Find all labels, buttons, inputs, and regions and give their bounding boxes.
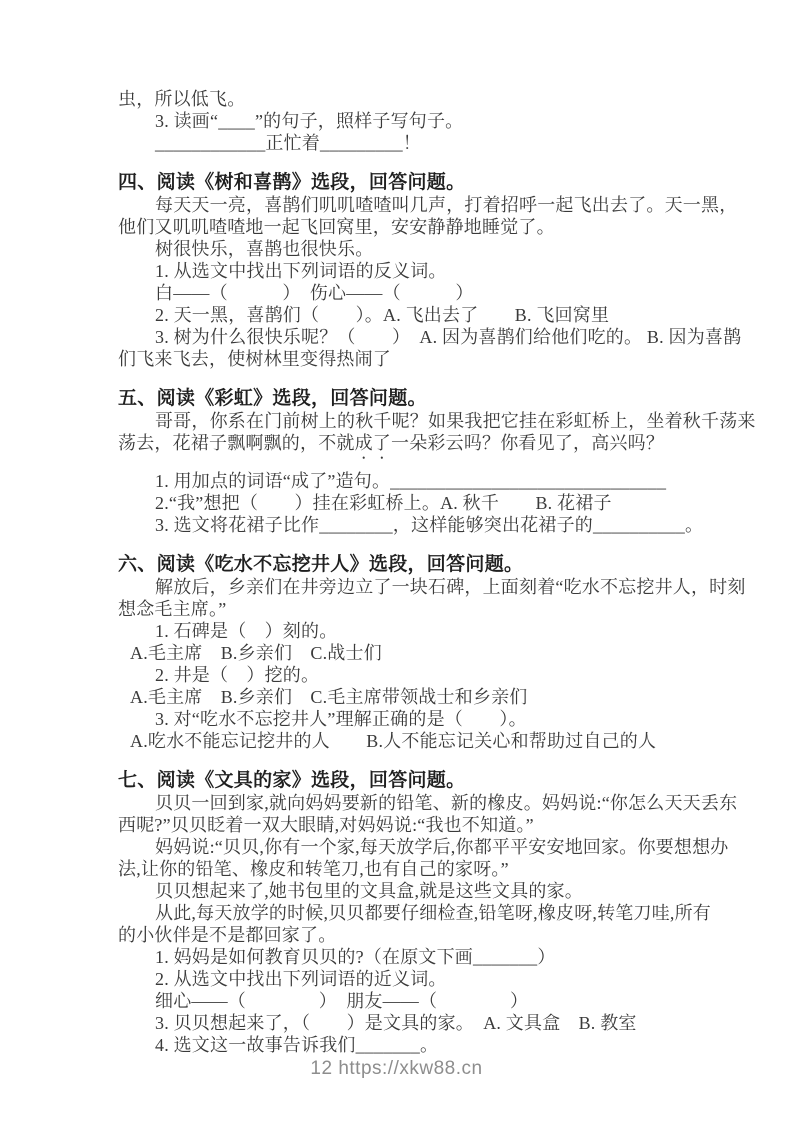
text-line: 们飞来飞去，使树林里变得热闹了 (118, 348, 758, 370)
text-line: 细心——（ ） 朋友——（ ） (118, 990, 758, 1012)
text-line: 3. 对“吃水不忘挖井人”理解正确的是（ ）。 (118, 708, 758, 730)
text-line: 树很快乐，喜鹊也很快乐。 (118, 238, 758, 260)
text-line: 每天天一亮，喜鹊们叽叽喳喳叫几声，打着招呼一起飞出去了。天一黑， (118, 194, 758, 216)
intro-lines: 虫，所以低飞。3. 读画“____”的句子，照样子写句子。___________… (118, 88, 758, 154)
text-line: 4. 选文这一故事告诉我们_______。 (118, 1034, 758, 1056)
worksheet-section: 五、阅读《彩虹》选段，回答问题。哥哥，你系在门前树上的秋千呢？如果我把它挂在彩虹… (118, 388, 758, 536)
text-line: 2. 井是（ ）挖的。 (118, 664, 758, 686)
section-title: 六、阅读《吃水不忘挖井人》选段，回答问题。 (118, 554, 758, 576)
text-line: A.毛主席 B.乡亲们 C.毛主席带领战士和乡亲们 (118, 686, 758, 708)
text-line: 从此,每天放学的时候,贝贝都要仔细检查,铅笔呀,橡皮呀,转笔刀哇,所有 (118, 902, 758, 924)
section-title: 四、阅读《树和喜鹊》选段，回答问题。 (118, 172, 758, 194)
text-line: 想念毛主席。” (118, 598, 758, 620)
worksheet-section: 四、阅读《树和喜鹊》选段，回答问题。每天天一亮，喜鹊们叽叽喳喳叫几声，打着招呼一… (118, 172, 758, 370)
worksheet-page: 虫，所以低飞。3. 读画“____”的句子，照样子写句子。___________… (0, 0, 793, 1122)
text-line: A.吃水不能忘记挖井的人 B.人不能忘记关心和帮助过自己的人 (118, 730, 758, 752)
text-line: 1. 妈妈是如何教育贝贝的?（在原文下画_______） (118, 946, 758, 968)
sections: 四、阅读《树和喜鹊》选段，回答问题。每天天一亮，喜鹊们叽叽喳喳叫几声，打着招呼一… (118, 172, 758, 1056)
text-line: 西呢?”贝贝眨着一双大眼睛,对妈妈说:“我也不知道。” (118, 814, 758, 836)
text-line: 2.“我”想把（ ）挂在彩虹桥上。A. 秋千 B. 花裙子 (118, 492, 758, 514)
text-line: 贝贝一回到家,就向妈妈要新的铅笔、新的橡皮。妈妈说:“你怎么天天丢东 (118, 792, 758, 814)
section-title: 七、阅读《文具的家》选段，回答问题。 (118, 770, 758, 792)
text-line: 的小伙伴是不是都回家了。 (118, 924, 758, 946)
worksheet-section: 六、阅读《吃水不忘挖井人》选段，回答问题。解放后，乡亲们在井旁边立了一块石碑，上… (118, 554, 758, 752)
text-line: ____________正忙着_________！ (118, 132, 758, 154)
text-line: 妈妈说:“贝贝,你有一个家,每天放学后,你都平平安安地回家。你要想想办 (118, 836, 758, 858)
text-line: 法,让你的铅笔、橡皮和转笔刀,也有自己的家呀。” (118, 858, 758, 880)
text-line: 3. 贝贝想起来了，（ ）是文具的家。 A. 文具盒 B. 教室 (118, 1012, 758, 1034)
text-line: 荡去，花裙子飘啊飘的，不就成了一朵彩云吗？你看见了，高兴吗？ (118, 432, 758, 463)
section-title: 五、阅读《彩虹》选段，回答问题。 (118, 388, 758, 410)
text-line: 3. 读画“____”的句子，照样子写句子。 (118, 110, 758, 132)
text-line: 1. 石碑是（ ）刻的。 (118, 620, 758, 642)
text-line: 他们又叽叽喳喳地一起飞回窝里，安安静静地睡觉了。 (118, 216, 758, 238)
emphasized-text: 成了 (355, 433, 391, 453)
text-line: 1. 从选文中找出下列词语的反义词。 (118, 260, 758, 282)
text-line: A.毛主席 B.乡亲们 C.战士们 (118, 642, 758, 664)
worksheet-section: 七、阅读《文具的家》选段，回答问题。贝贝一回到家,就向妈妈要新的铅笔、新的橡皮。… (118, 770, 758, 1056)
text-line: 3. 树为什么很快乐呢？（ ） A. 因为喜鹊们给他们吃的。 B. 因为喜鹊 (118, 326, 758, 348)
text-line: 解放后，乡亲们在井旁边立了一块石碑，上面刻着“吃水不忘挖井人，时刻 (118, 576, 758, 598)
text-line: 3. 选文将花裙子比作________，这样能够突出花裙子的__________… (118, 514, 758, 536)
text-line: 贝贝想起来了,她书包里的文具盒,就是这些文具的家。 (118, 880, 758, 902)
worksheet-content: 虫，所以低飞。3. 读画“____”的句子，照样子写句子。___________… (118, 88, 758, 1056)
page-footer: 12 https://xkw88.cn (0, 1058, 793, 1080)
text-line: 1. 用加点的词语“成了”造句。________________________… (118, 470, 758, 492)
text-line: 白——（ ） 伤心——（ ） (118, 282, 758, 304)
text-line: 2. 天一黑，喜鹊们（ ）。A. 飞出去了 B. 飞回窝里 (118, 304, 758, 326)
text-line: 虫，所以低飞。 (118, 88, 758, 110)
text-line: 2. 从选文中找出下列词语的近义词。 (118, 968, 758, 990)
text-line: 哥哥，你系在门前树上的秋千呢？如果我把它挂在彩虹桥上，坐着秋千荡来 (118, 410, 758, 432)
